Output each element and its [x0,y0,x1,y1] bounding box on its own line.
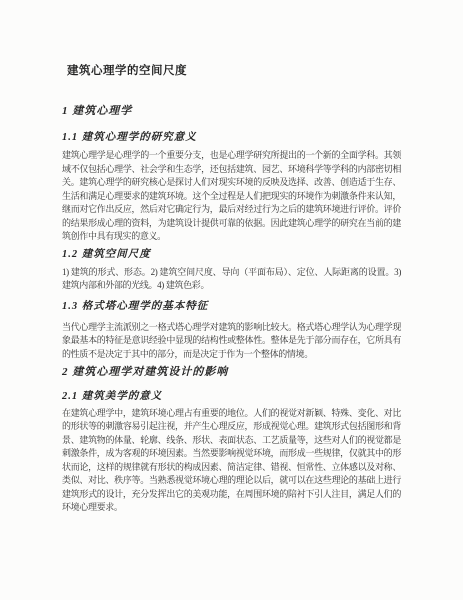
paragraph-aesthetics-significance: 在建筑心理学中，建筑环境心理占有重要的地位。人们的视觉对新颖、特殊、变化、对比的… [62,407,401,515]
heading-2-influence-on-design: 2 建筑心理学对建筑设计的影响 [62,365,401,379]
document-page: 建筑心理学的空间尺度 1 建筑心理学 1.1 建筑心理学的研究意义 建筑心理学是… [0,0,463,600]
heading-1-architectural-psychology: 1 建筑心理学 [62,104,401,118]
heading-2-1-aesthetics-significance: 2.1 建筑美学的意义 [62,390,401,403]
paragraph-research-significance: 建筑心理学是心理学的一个重要分支，也是心理学研究所提出的一个新的全面学科。其领域… [62,149,401,244]
paragraph-gestalt-features: 当代心理学主流派别之一格式塔心理学对建筑的影响比较大。格式塔心理学认为心理学现象… [62,321,401,362]
heading-1-3-gestalt-features: 1.3 格式塔心理学的基本特征 [62,300,401,313]
document-title: 建筑心理学的空间尺度 [67,64,401,78]
heading-1-2-spatial-scale: 1.2 建筑空间尺度 [62,248,401,261]
paragraph-spatial-scale-list: 1) 建筑的形式、形态。2) 建筑空间尺度、导向（平面布局）、定位、人际距离的设… [62,266,401,293]
heading-1-1-research-significance: 1.1 建筑心理学的研究意义 [62,131,401,144]
